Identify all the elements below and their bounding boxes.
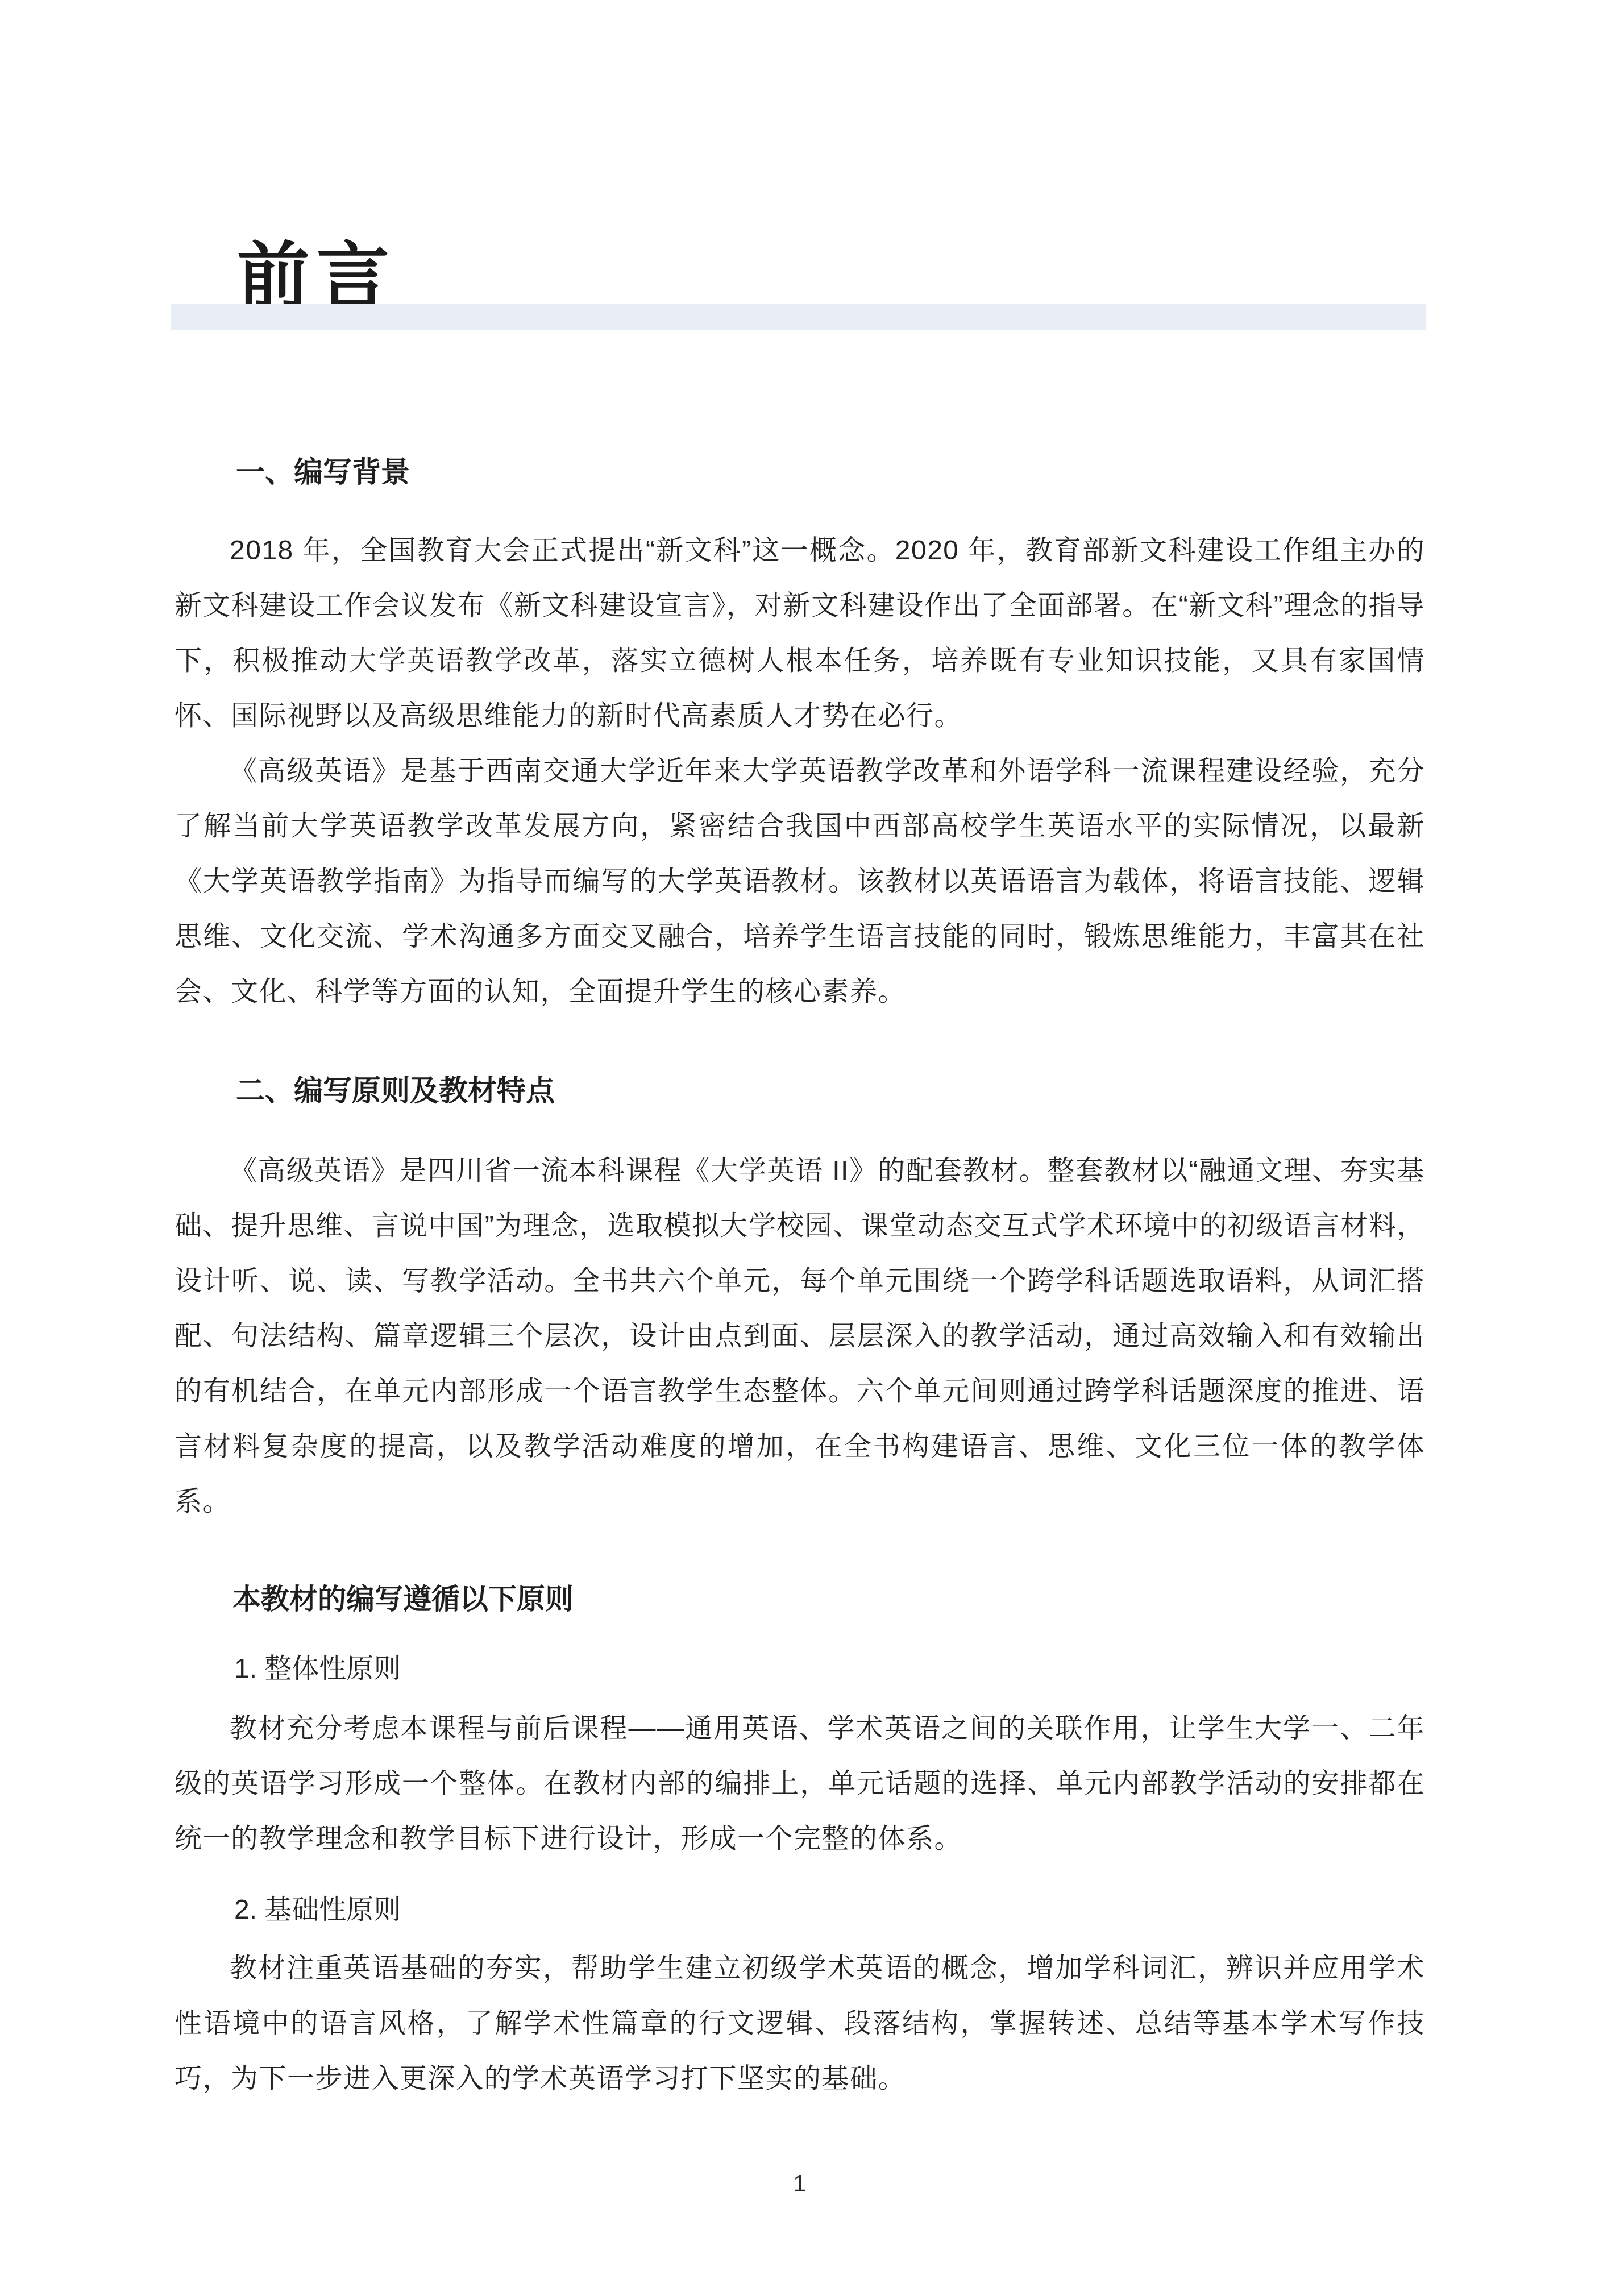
paragraph: 教材充分考虑本课程与前后课程——通用英语、学术英语之间的关联作用，让学生大学一、… xyxy=(175,1701,1425,1866)
principle1-heading: 1. 整体性原则 xyxy=(175,1652,1425,1686)
section2-body: 《高级英语》是四川省一流本科课程《大学英语 II》的配套教材。整套教材以“融通文… xyxy=(175,1143,1425,1529)
document-page: 前言 一、编写背景 2018 年，全国教育大会正式提出“新文科”这一概念。202… xyxy=(0,0,1624,2283)
section2-heading: 二、编写原则及教材特点 xyxy=(175,1073,1425,1109)
paragraph: 《高级英语》是基于西南交通大学近年来大学英语教学改革和外语学科一流课程建设经验，… xyxy=(175,744,1425,1019)
section1-heading: 一、编写背景 xyxy=(175,455,1425,490)
paragraph: 2018 年，全国教育大会正式提出“新文科”这一概念。2020 年，教育部新文科… xyxy=(175,523,1425,744)
principle2-heading: 2. 基础性原则 xyxy=(175,1893,1425,1927)
paragraph: 《高级英语》是四川省一流本科课程《大学英语 II》的配套教材。整套教材以“融通文… xyxy=(175,1143,1425,1529)
page-number: 1 xyxy=(175,2169,1425,2198)
paragraph: 教材注重英语基础的夯实，帮助学生建立初级学术英语的概念，增加学科词汇，辨识并应用… xyxy=(175,1941,1425,2106)
principle2-body: 教材注重英语基础的夯实，帮助学生建立初级学术英语的概念，增加学科词汇，辨识并应用… xyxy=(175,1941,1425,2106)
section1-body: 2018 年，全国教育大会正式提出“新文科”这一概念。2020 年，教育部新文科… xyxy=(175,523,1425,1019)
principle1-body: 教材充分考虑本课程与前后课程——通用英语、学术英语之间的关联作用，让学生大学一、… xyxy=(175,1701,1425,1866)
title-underline-band xyxy=(171,304,1426,330)
page-title: 前言 xyxy=(237,241,396,314)
principles-subheading: 本教材的编写遵循以下原则 xyxy=(175,1582,1425,1616)
